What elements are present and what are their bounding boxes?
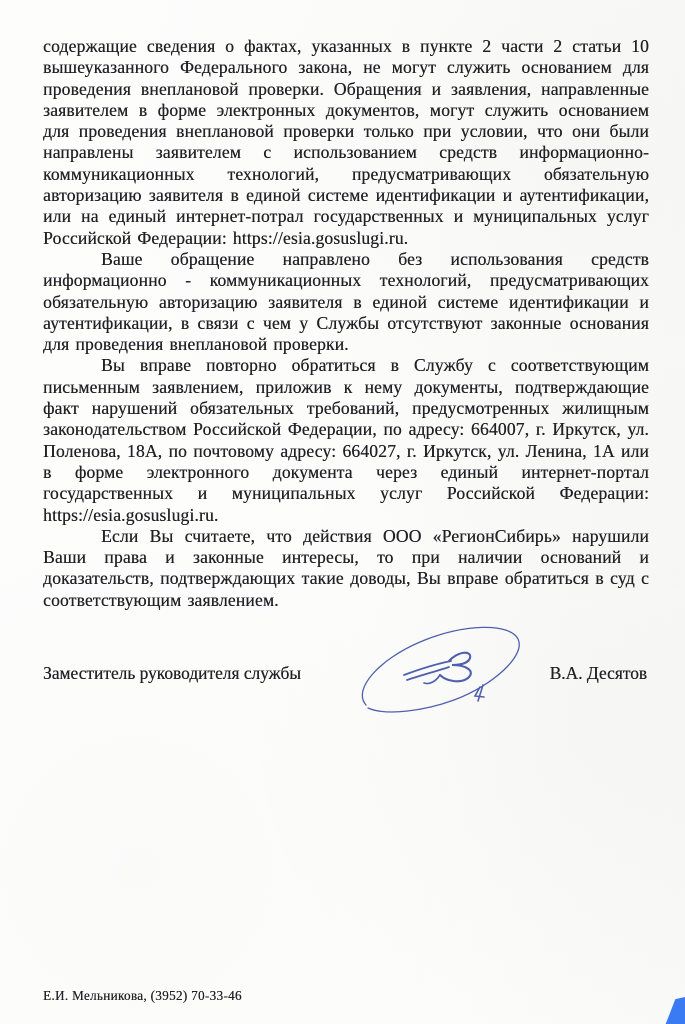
corner-accent-shape (662, 997, 685, 1024)
signer-position-title: Заместитель руководителя службы (43, 663, 301, 684)
body-paragraph: Если Вы считаете, что действия ООО «Реги… (43, 526, 649, 611)
letter-body: содержащие сведения о фактах, указанных … (43, 36, 649, 611)
signature-block: Заместитель руководителя службы В.А. Дес… (43, 663, 647, 684)
body-paragraph: Ваше обращение направлено без использова… (43, 249, 649, 355)
handwritten-signature-ink (352, 617, 537, 722)
body-paragraph: Вы вправе повторно обратиться в Службу с… (43, 355, 649, 525)
signer-name: В.А. Десятов (550, 663, 647, 684)
executor-contact: Е.И. Мельникова, (3952) 70-33-46 (43, 988, 242, 1004)
body-paragraph: содержащие сведения о фактах, указанных … (43, 36, 649, 249)
scanned-letter-page: содержащие сведения о фактах, указанных … (0, 0, 685, 1024)
